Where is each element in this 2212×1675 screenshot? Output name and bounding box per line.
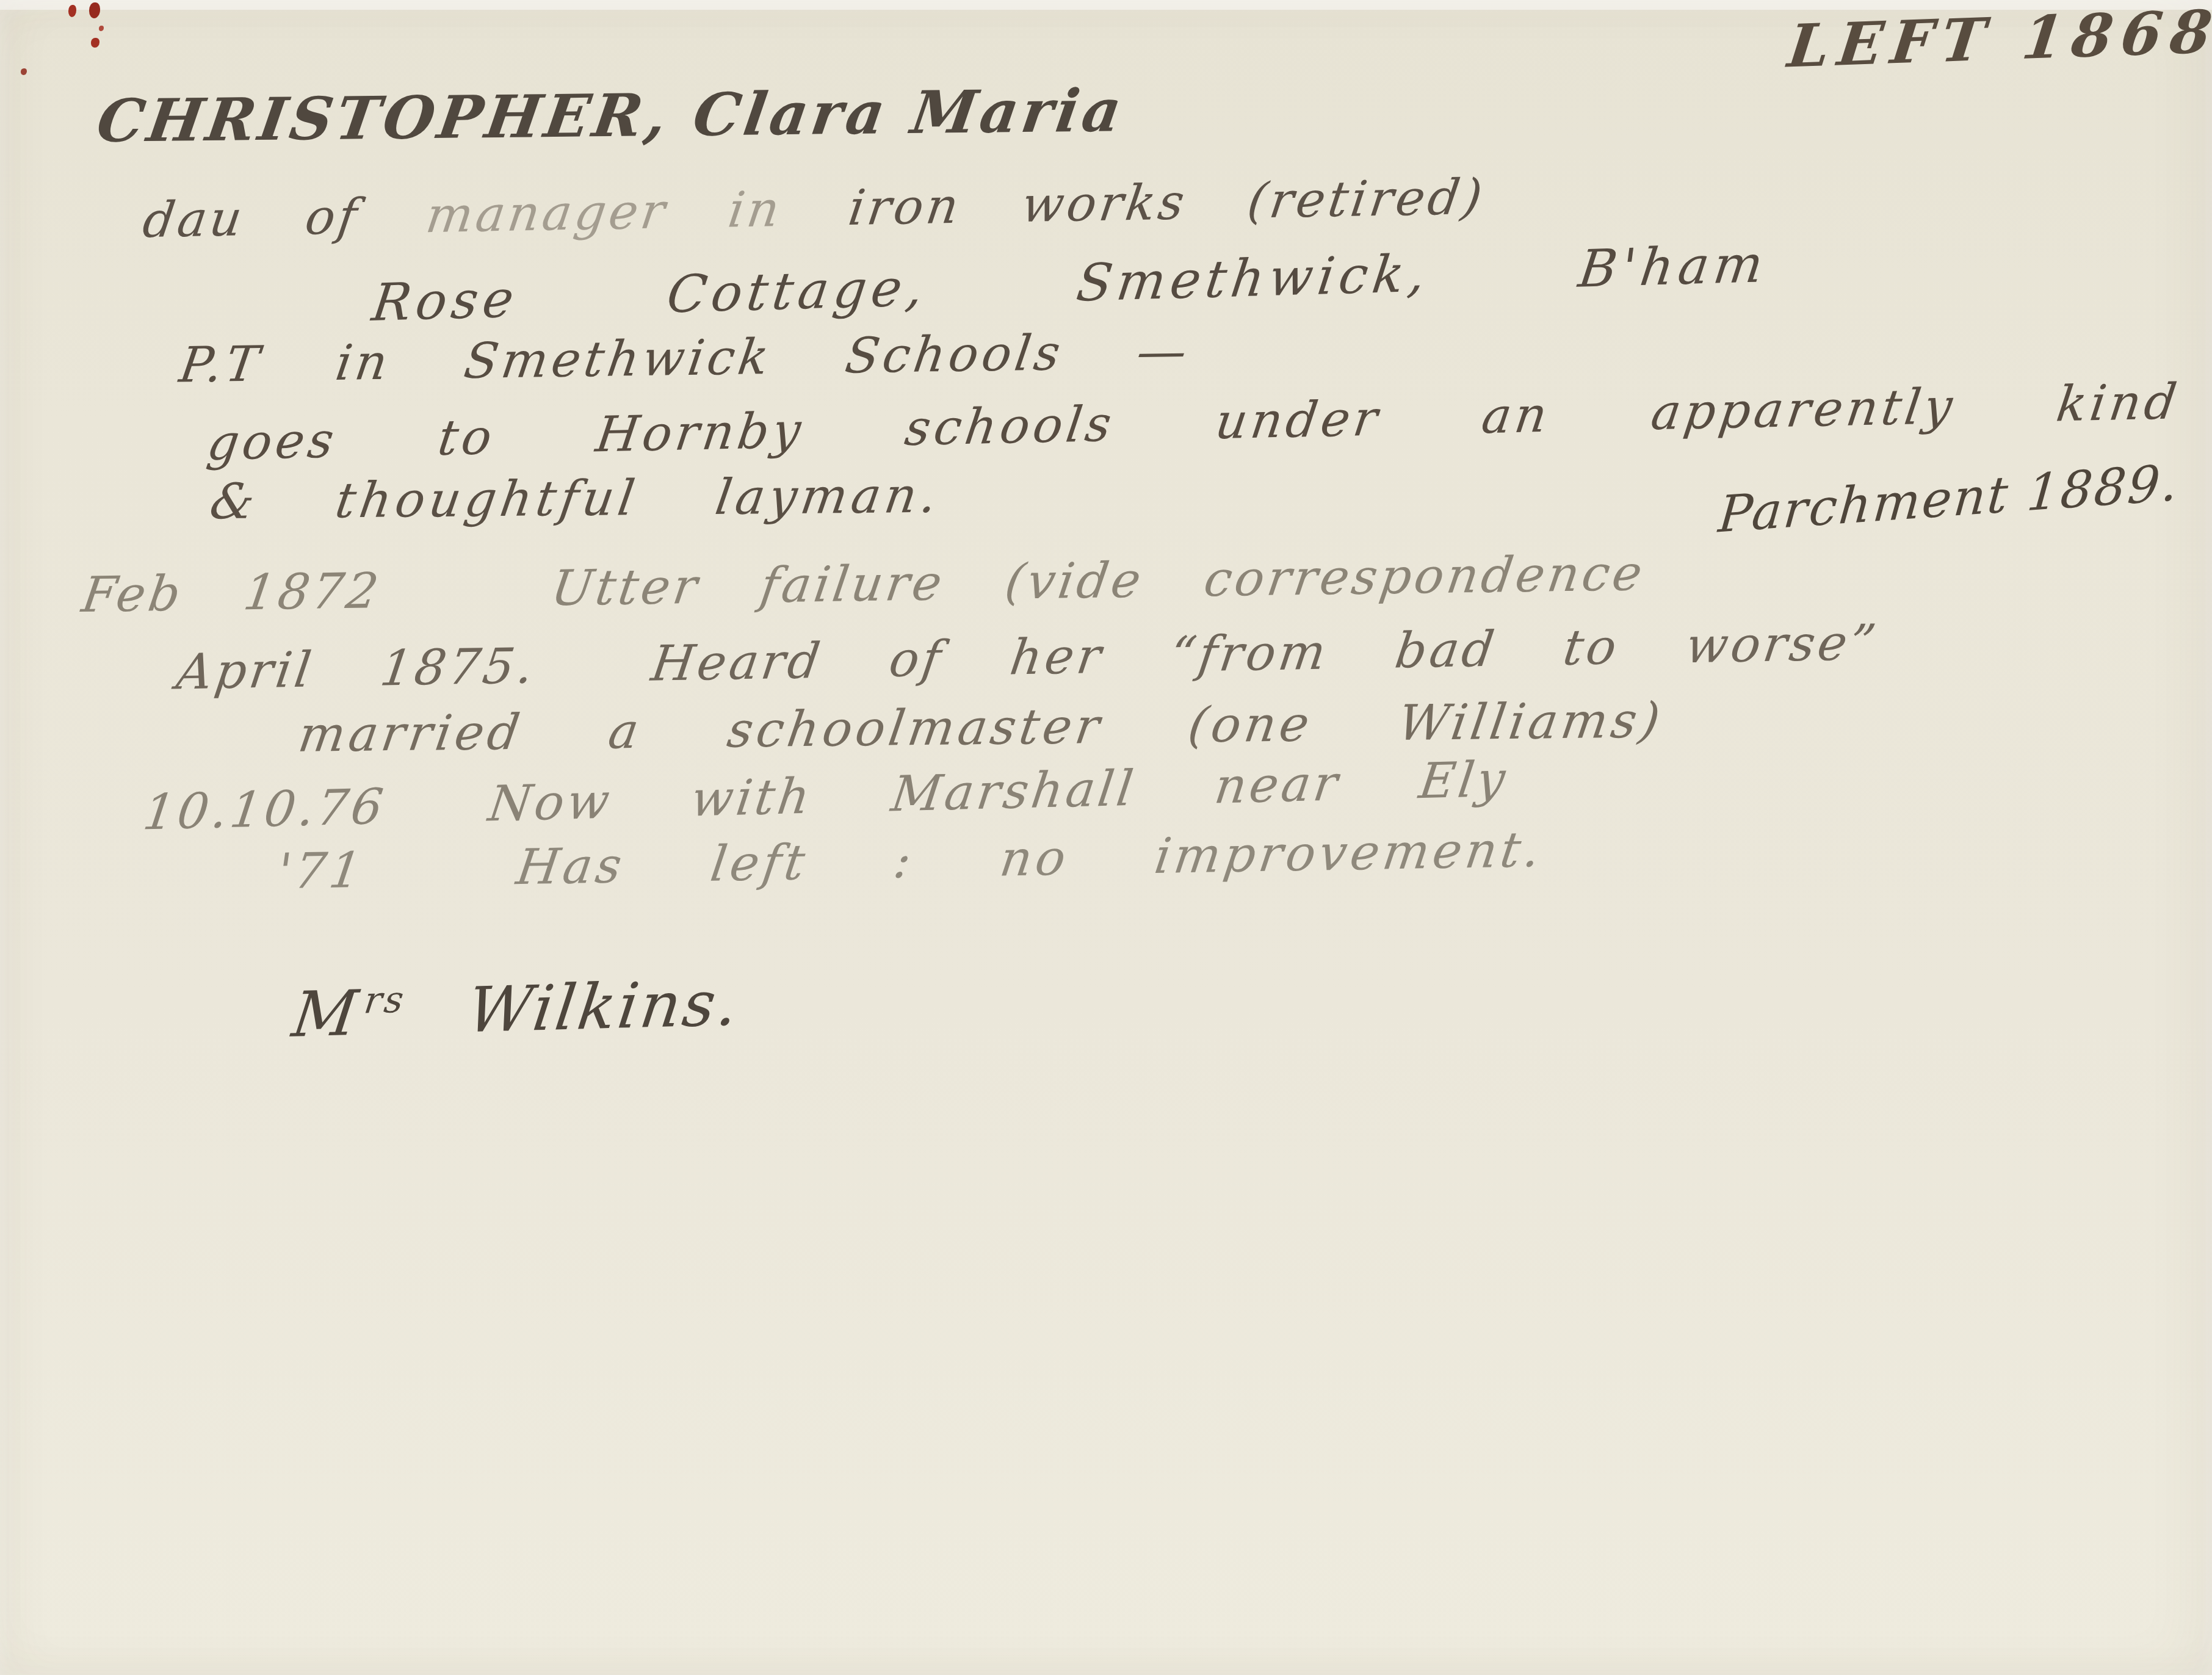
ink-speck	[89, 2, 100, 18]
parentage-end: iron works (retired)	[845, 172, 1488, 234]
parentage-faded-segment: manager in	[423, 184, 786, 241]
entry-date: 10.10.76	[140, 781, 389, 838]
name-heading-text: CHRISTOPHER, Clara Maria	[93, 80, 1129, 153]
signature-prefix: M	[288, 977, 364, 1052]
parentage-start: dau of	[140, 191, 363, 246]
entry-date: Feb 1872	[79, 565, 385, 621]
entry-feb-1872: Feb 1872 Utter failure (vide corresponde…	[82, 548, 1645, 621]
ink-speck	[68, 5, 76, 17]
parchment-text: Parchment 1889.	[1716, 457, 2181, 542]
entry-has-left: '71 Has left : no improvement.	[277, 824, 1543, 897]
entry-married: married a schoolmaster (one Williams)	[299, 695, 1663, 760]
signature: MrsWilkins.	[292, 971, 741, 1047]
layman-line: & thoughtful layman.	[211, 470, 941, 527]
parchment-note: Parchment 1889.	[1717, 457, 2181, 542]
layman-text: & thoughtful layman.	[207, 470, 945, 528]
ink-speck	[21, 68, 27, 75]
occupation-text: P.T in Smethwick Schools —	[176, 325, 1193, 391]
parentage-line: dau of manager in iron works (retired)	[143, 172, 1484, 246]
occupation-line: P.T in Smethwick Schools —	[179, 325, 1190, 391]
entry-date: April 1875.	[173, 640, 540, 698]
entry-note: Utter failure (vide correspondence	[548, 548, 1649, 614]
ink-speck	[99, 26, 104, 31]
left-date-note: LEFT 1868	[1787, 1, 2212, 78]
entry-april-1875: April 1875. Heard of her “from bad to wo…	[176, 617, 1878, 698]
entry-note: Has left : no improvement.	[513, 824, 1547, 894]
address-text: Rose Cottage, Smethwick, B'ham	[369, 237, 1771, 330]
record-card: LEFT 1868 CHRISTOPHER, Clara Maria dau o…	[0, 0, 2212, 1675]
entry-date: '71	[274, 845, 368, 898]
entry-note: married a schoolmaster (one Williams)	[295, 695, 1667, 761]
transfer-text: goes to Hornby schools under an apparent…	[204, 376, 2183, 469]
entry-note: Heard of her “from bad to worse”	[648, 617, 1882, 690]
ink-speck	[91, 38, 99, 48]
entry-note: Now with Marshall near Ely	[486, 754, 1511, 830]
signature-superscript: rs	[362, 979, 409, 1022]
address-line: Rose Cottage, Smethwick, B'ham	[372, 237, 1768, 330]
transfer-line: goes to Hornby schools under an apparent…	[207, 376, 2180, 469]
left-date-text: LEFT 1868	[1785, 1, 2212, 78]
name-heading: CHRISTOPHER, Clara Maria	[98, 80, 1125, 152]
signature-name: Wilkins.	[463, 967, 745, 1047]
